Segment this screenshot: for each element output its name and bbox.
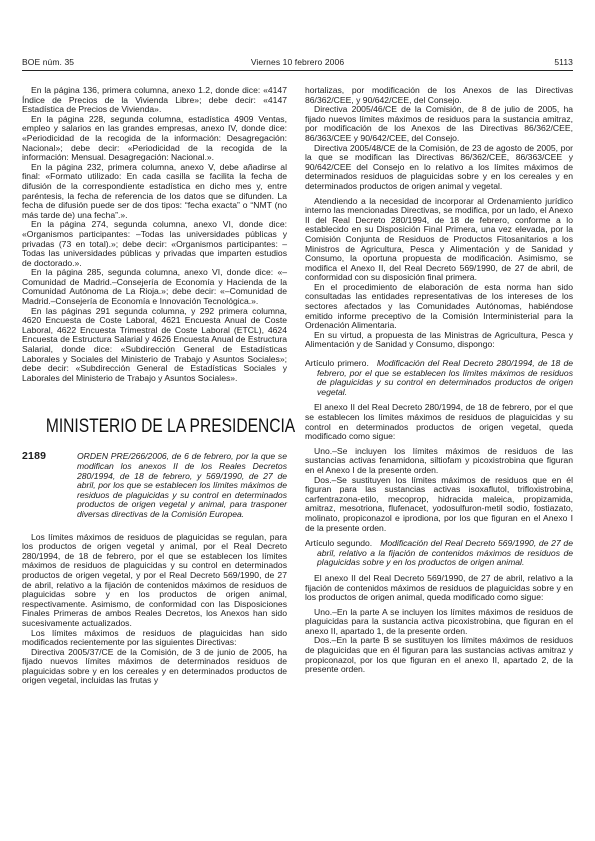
article-label: Artículo primero. bbox=[305, 358, 369, 368]
left-column: En la página 136, primera columna, anexo… bbox=[22, 86, 287, 686]
correction-paragraph: En la página 228, segunda columna, estad… bbox=[22, 115, 287, 163]
article-heading: Artículo primero.Modificación del Real D… bbox=[305, 359, 573, 397]
gazette-page: BOE núm. 35 Viernes 10 febrero 2006 5113… bbox=[0, 0, 595, 841]
header-date: Viernes 10 febrero 2006 bbox=[22, 57, 573, 67]
correction-paragraph: En la página 285, segunda columna, anexo… bbox=[22, 268, 287, 306]
article-paragraph: El anexo II del Real Decreto 280/1994, d… bbox=[305, 403, 573, 441]
article-label: Artículo segundo. bbox=[305, 538, 372, 548]
header-rule bbox=[22, 70, 573, 71]
article-paragraph: Dos.–En la parte B se sustituyen los lím… bbox=[305, 636, 573, 674]
body-paragraph: Los límites máximos de residuos de plagu… bbox=[22, 533, 287, 629]
item-number: 2189 bbox=[22, 452, 77, 519]
correction-paragraph: En las páginas 291 segunda columna, y 29… bbox=[22, 307, 287, 384]
intro-paragraph: Directiva 2005/48/CE de la Comisión, de … bbox=[305, 144, 573, 192]
body-paragraph: Los límites máximos de residuos de plagu… bbox=[22, 629, 287, 648]
correction-paragraph: En la página 274, segunda columna, anexo… bbox=[22, 220, 287, 268]
article-paragraph: El anexo II del Real Decreto 569/1990, d… bbox=[305, 574, 573, 603]
item-summary: ORDEN PRE/266/2006, de 6 de febrero, por… bbox=[77, 452, 287, 519]
article-heading: Artículo segundo.Modificación del Real D… bbox=[305, 539, 573, 568]
page-header: BOE núm. 35 Viernes 10 febrero 2006 5113 bbox=[22, 57, 573, 67]
order-item: 2189 ORDEN PRE/266/2006, de 6 de febrero… bbox=[22, 452, 287, 519]
right-column: hortalizas, por modificación de los Anex… bbox=[305, 86, 573, 686]
ministry-heading: MINISTERIO DE LA PRESIDENCIA bbox=[46, 417, 263, 437]
consideration-paragraph: En el procedimiento de elaboración de es… bbox=[305, 283, 573, 331]
body-paragraph: Directiva 2005/37/CE de la Comisión, de … bbox=[22, 648, 287, 686]
consideration-paragraph: Atendiendo a la necesidad de incorporar … bbox=[305, 197, 573, 283]
article-paragraph: Uno.–Se incluyen los límites máximos de … bbox=[305, 447, 573, 476]
correction-paragraph: En la página 136, primera columna, anexo… bbox=[22, 86, 287, 115]
article-paragraph: Uno.–En la parte A se incluyen los límit… bbox=[305, 608, 573, 637]
intro-paragraph: Directiva 2005/46/CE de la Comisión, de … bbox=[305, 105, 573, 143]
text-columns: En la página 136, primera columna, anexo… bbox=[22, 86, 573, 686]
correction-paragraph: En la página 232, primera columna, anexo… bbox=[22, 163, 287, 221]
intro-paragraph: hortalizas, por modificación de los Anex… bbox=[305, 86, 573, 105]
article-paragraph: Dos.–Se sustituyen los límites máximos d… bbox=[305, 476, 573, 534]
consideration-paragraph: En su virtud, a propuesta de las Ministr… bbox=[305, 331, 573, 350]
